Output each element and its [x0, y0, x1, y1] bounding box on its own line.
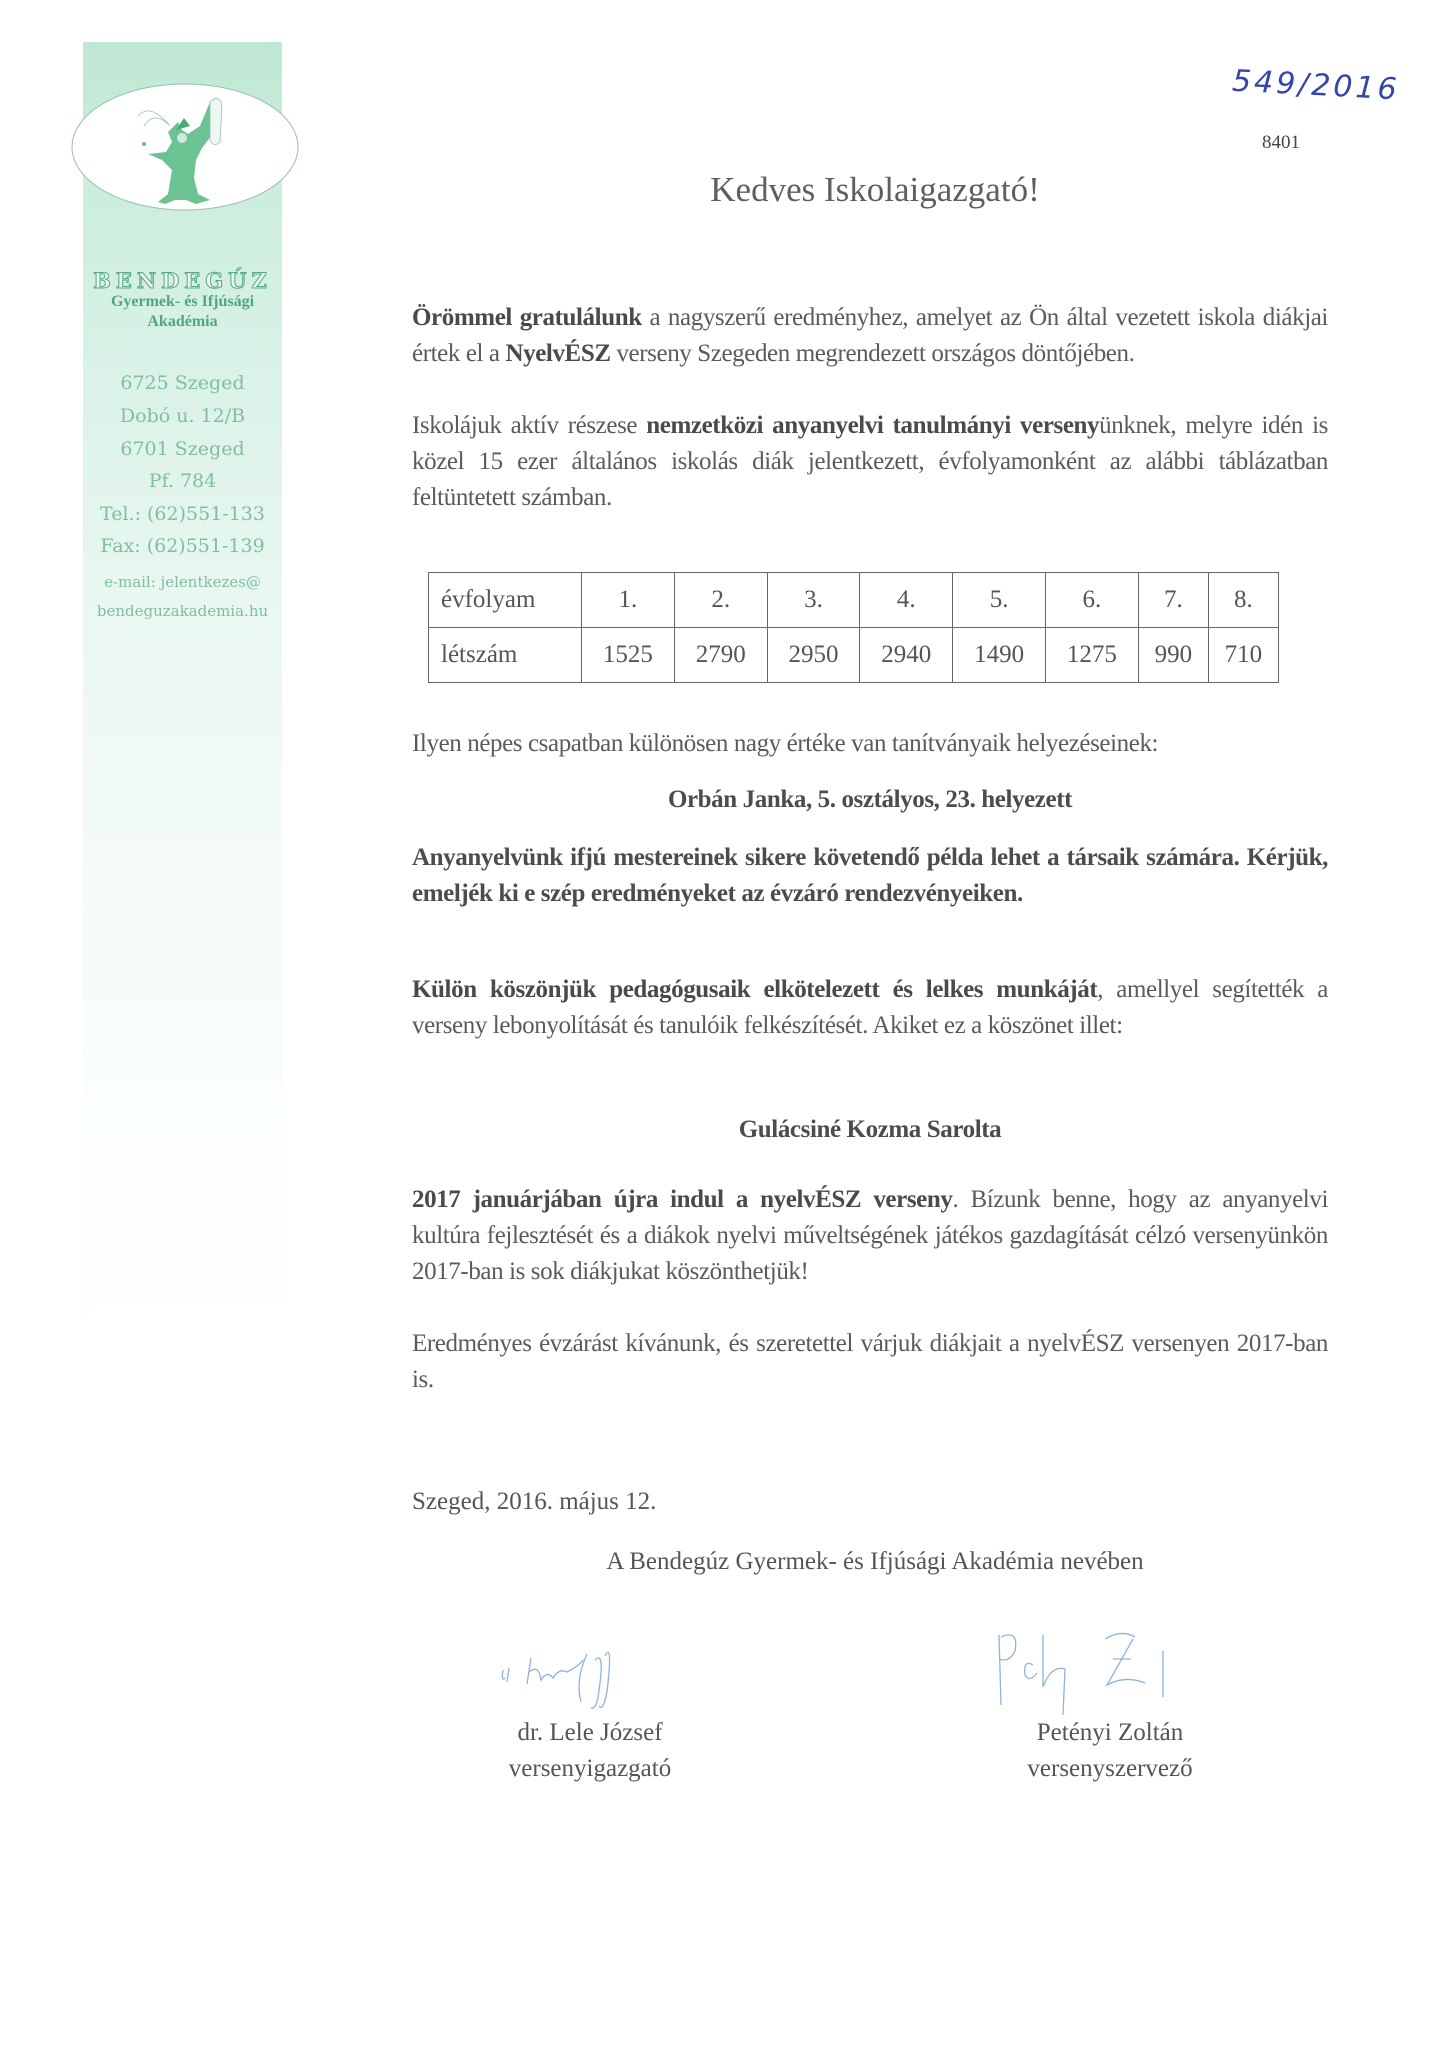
- grade-cell: 1.: [582, 573, 675, 628]
- grade-cell: 5.: [953, 573, 1046, 628]
- grade-cell: 3.: [767, 573, 860, 628]
- contact-address: 6725 Szeged: [83, 372, 282, 394]
- count-cell: 990: [1138, 628, 1208, 683]
- brand-subtitle: Gyermek- és Ifjúsági: [83, 293, 282, 311]
- count-cell: 2950: [767, 628, 860, 683]
- signer-title: versenyszervező: [960, 1751, 1260, 1787]
- contact-po-box: Pf. 784: [83, 470, 282, 492]
- signer-name: Petényi Zoltán: [960, 1715, 1260, 1751]
- grade-cell: 7.: [1138, 573, 1208, 628]
- bold-lead: Örömmel gratulálunk: [412, 304, 642, 331]
- table-row: évfolyam 1. 2. 3. 4. 5. 6. 7. 8.: [429, 573, 1279, 628]
- contact-street: Dobó u. 12/B: [83, 405, 282, 427]
- competition-type: nemzetközi anyanyelvi tanulmányi verseny: [646, 412, 1099, 439]
- count-cell: 1525: [582, 628, 675, 683]
- handwritten-signature-icon: [495, 1620, 695, 1715]
- signer-title: versenyigazgató: [440, 1751, 740, 1787]
- date-line: Szeged, 2016. május 12.: [412, 1488, 656, 1516]
- contact-email: e-mail: jelentkezes@: [83, 571, 282, 593]
- text: Iskolájuk aktív részese: [412, 412, 646, 439]
- count-cell: 1490: [953, 628, 1046, 683]
- text: verseny Szegeden megrendezett országos d…: [611, 340, 1135, 367]
- student-result: Orbán Janka, 5. osztályos, 23. helyezett: [400, 786, 1340, 814]
- bold-lead: 2017 januárjában újra indul a nyelvÉSZ v…: [412, 1186, 952, 1213]
- handwritten-signature-icon: [985, 1625, 1225, 1715]
- competition-name: NyelvÉSZ: [505, 340, 610, 367]
- signer-block: Petényi Zoltán versenyszervező: [960, 1715, 1260, 1787]
- enrollment-table: évfolyam 1. 2. 3. 4. 5. 6. 7. 8. létszám…: [428, 572, 1279, 683]
- paragraph-teacher-thanks: Külön köszönjük pedagógusaik elkötelezet…: [412, 972, 1328, 1044]
- on-behalf-line: A Bendegúz Gyermek- és Ifjúsági Akadémia…: [400, 1548, 1350, 1576]
- greeting-heading: Kedves Iskolaigazgató!: [400, 170, 1350, 210]
- handwritten-registration-number: 549/2016: [1231, 64, 1400, 108]
- document-number: 8401: [1262, 132, 1300, 154]
- count-cell: 2790: [674, 628, 767, 683]
- brand-subtitle: Akadémia: [83, 313, 282, 331]
- contact-fax: Fax: (62)551-139: [83, 535, 282, 557]
- table-row: létszám 1525 2790 2950 2940 1490 1275 99…: [429, 628, 1279, 683]
- row-header: évfolyam: [429, 573, 582, 628]
- contact-po-city: 6701 Szeged: [83, 438, 282, 460]
- paragraph-closing-wish: Eredményes évzárást kívánunk, és szerete…: [412, 1326, 1328, 1398]
- wizard-logo-icon: [70, 82, 300, 212]
- bold-lead: Külön köszönjük pedagógusaik elkötelezet…: [412, 976, 1097, 1003]
- count-cell: 2940: [860, 628, 953, 683]
- contact-phone: Tel.: (62)551-133: [83, 503, 282, 525]
- paragraph-congratulations: Örömmel gratulálunk a nagyszerű eredmény…: [412, 300, 1328, 372]
- grade-cell: 6.: [1045, 573, 1138, 628]
- paragraph-results-intro: Ilyen népes csapatban különösen nagy ért…: [412, 726, 1328, 762]
- teacher-name: Gulácsiné Kozma Sarolta: [400, 1116, 1340, 1144]
- letterhead-sidebar: [83, 42, 282, 1422]
- signer-block: dr. Lele József versenyigazgató: [440, 1715, 740, 1787]
- count-cell: 1275: [1045, 628, 1138, 683]
- brand-name: BENDEGÚZ: [83, 268, 282, 293]
- row-header: létszám: [429, 628, 582, 683]
- paragraph-participation: Iskolájuk aktív részese nemzetközi anyan…: [412, 408, 1328, 516]
- signer-name: dr. Lele József: [440, 1715, 740, 1751]
- grade-cell: 2.: [674, 573, 767, 628]
- paragraph-encouragement: Anyanyelvünk ifjú mestereinek sikere köv…: [412, 840, 1328, 912]
- count-cell: 710: [1208, 628, 1278, 683]
- grade-cell: 8.: [1208, 573, 1278, 628]
- grade-cell: 4.: [860, 573, 953, 628]
- paragraph-next-year: 2017 januárjában újra indul a nyelvÉSZ v…: [412, 1182, 1328, 1290]
- contact-email-domain: bendeguzakademia.hu: [83, 600, 282, 622]
